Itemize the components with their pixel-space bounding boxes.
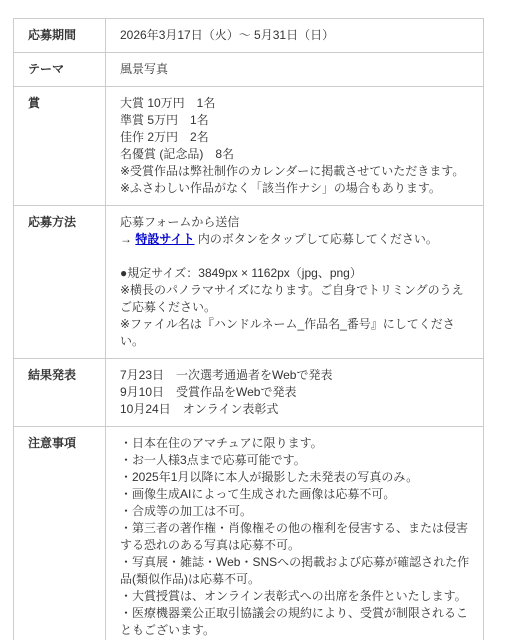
table-row-results: 結果発表 7月23日 一次選考通過者をWebで発表 9月10日 受賞作品をWeb… bbox=[14, 359, 483, 427]
row-label-results: 結果発表 bbox=[14, 359, 106, 426]
prize-grand: 大賞 10万円 1名 bbox=[120, 95, 475, 112]
link-line-rest: 内のボタンをタップして応募してください。 bbox=[195, 232, 438, 246]
prize-souvenir: 名優賞 (記念品) 8名 bbox=[120, 146, 475, 163]
note-amateur: ・日本在住のアマチュアに限ります。 bbox=[120, 435, 475, 452]
theme-content: 風景写真 bbox=[106, 53, 483, 86]
method-note-panorama: ※横長のパノラマサイズになります。ご自身でトリミングのうえご応募ください。 bbox=[120, 282, 475, 316]
method-note-filename: ※ファイル名は『ハンドルネーム_作品名_番号』にしてください。 bbox=[120, 316, 475, 350]
spacer-line bbox=[120, 248, 475, 265]
row-label-notes: 注意事項 bbox=[14, 427, 106, 640]
note-no-ai: ・画像生成AIによって生成された画像は応募不可。 bbox=[120, 486, 475, 503]
theme-value: 風景写真 bbox=[120, 61, 475, 78]
note-no-duplicate: ・写真展・雑誌・Web・SNSへの掲載および応募が確認された作品(類似作品)は応… bbox=[120, 554, 475, 588]
table-row-notes: 注意事項 ・日本在住のアマチュアに限ります。 ・お一人様3点まで応募可能です。 … bbox=[14, 427, 483, 640]
results-content: 7月23日 一次選考通過者をWebで発表 9月10日 受賞作品をWebで発表 1… bbox=[106, 359, 483, 426]
application-method-content: 応募フォームから送信 → 特設サイト 内のボタンをタップして応募してください。 … bbox=[106, 206, 483, 358]
note-copyright: ・第三者の著作権・肖像権その他の権利を侵害する、または侵害する恐れのある写真は応… bbox=[120, 520, 475, 554]
table-row-application-method: 応募方法 応募フォームから送信 → 特設サイト 内のボタンをタップして応募してく… bbox=[14, 206, 483, 359]
note-medical-council: ・医療機器業公正取引協議会の規約により、受賞が制限されることもございます。 bbox=[120, 605, 475, 639]
contest-guidelines-page: 応募期間 2026年3月17日（火）～ 5月31日（日） テーマ 風景写真 賞 … bbox=[0, 0, 506, 640]
table-row-prize: 賞 大賞 10万円 1名 準賞 5万円 1名 佳作 2万円 2名 名優賞 (記念… bbox=[14, 87, 483, 206]
table-row-application-period: 応募期間 2026年3月17日（火）～ 5月31日（日） bbox=[14, 19, 483, 53]
application-period-value: 2026年3月17日（火）～ 5月31日（日） bbox=[120, 27, 475, 44]
method-size-line: ●規定サイズ：3849px × 1162px（jpg、png） bbox=[120, 265, 475, 282]
contest-info-table: 応募期間 2026年3月17日（火）～ 5月31日（日） テーマ 風景写真 賞 … bbox=[13, 18, 484, 640]
method-link-line: → 特設サイト 内のボタンをタップして応募してください。 bbox=[120, 231, 475, 248]
note-ceremony-attendance: ・大賞授賞は、オンライン表彰式への出席を条件といたします。 bbox=[120, 588, 475, 605]
note-unpublished: ・2025年1月以降に本人が撮影した未発表の写真のみ。 bbox=[120, 469, 475, 486]
prize-second: 準賞 5万円 1名 bbox=[120, 112, 475, 129]
prize-content: 大賞 10万円 1名 準賞 5万円 1名 佳作 2万円 2名 名優賞 (記念品)… bbox=[106, 87, 483, 205]
special-site-link[interactable]: 特設サイト bbox=[135, 232, 194, 246]
method-form-line: 応募フォームから送信 bbox=[120, 214, 475, 231]
row-label-application-period: 応募期間 bbox=[14, 19, 106, 52]
prize-note-no-winner: ※ふさわしい作品がなく「該当作ナシ」の場合もあります。 bbox=[120, 180, 475, 197]
prize-note-calendar: ※受賞作品は弊社制作のカレンダーに掲載させていただきます。 bbox=[120, 163, 475, 180]
table-row-theme: テーマ 風景写真 bbox=[14, 53, 483, 87]
prize-honorable: 佳作 2万円 2名 bbox=[120, 129, 475, 146]
arrow-text: → bbox=[120, 232, 135, 246]
notes-content: ・日本在住のアマチュアに限ります。 ・お一人様3点まで応募可能です。 ・2025… bbox=[106, 427, 483, 640]
row-label-application-method: 応募方法 bbox=[14, 206, 106, 358]
results-first-round: 7月23日 一次選考通過者をWebで発表 bbox=[120, 367, 475, 384]
results-winners: 9月10日 受賞作品をWebで発表 bbox=[120, 384, 475, 401]
application-period-content: 2026年3月17日（火）～ 5月31日（日） bbox=[106, 19, 483, 52]
row-label-theme: テーマ bbox=[14, 53, 106, 86]
note-max-entries: ・お一人様3点まで応募可能です。 bbox=[120, 452, 475, 469]
row-label-prize: 賞 bbox=[14, 87, 106, 205]
note-no-composite: ・合成等の加工は不可。 bbox=[120, 503, 475, 520]
results-ceremony: 10月24日 オンライン表彰式 bbox=[120, 401, 475, 418]
